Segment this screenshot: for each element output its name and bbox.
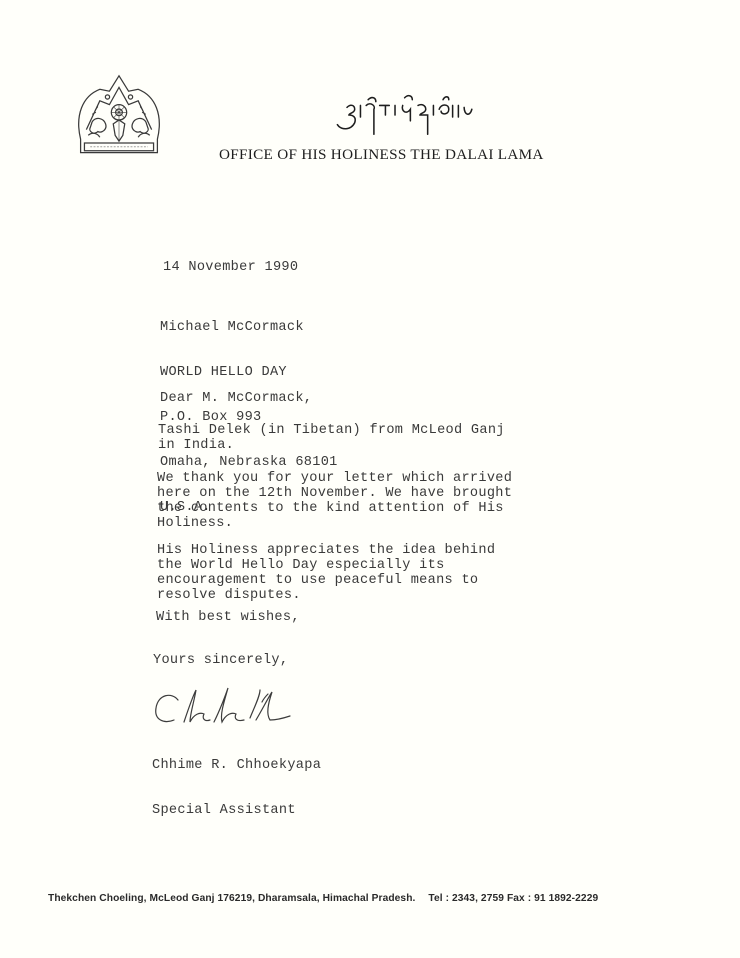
footer-fax: Fax : 91 1892-2229 [507, 893, 598, 904]
body-paragraph: We thank you for your letter which arriv… [157, 471, 512, 531]
signer-block: Chhime R. Chhoekyapa Special Assistant [152, 728, 321, 848]
signer-title: Special Assistant [152, 803, 321, 818]
signer-name: Chhime R. Chhoekyapa [152, 758, 321, 773]
seal-emblem-icon [70, 72, 168, 168]
salutation: Dear M. McCormack, [160, 391, 312, 406]
tibetan-heading-icon [335, 92, 480, 140]
body-paragraph: His Holiness appreciates the idea behind… [157, 543, 495, 603]
signature-icon [150, 684, 330, 730]
letterhead-footer: Thekchen Choeling, McLeod Ganj 176219, D… [48, 893, 598, 904]
recipient-city-state: Omaha, Nebraska 68101 [160, 455, 338, 470]
footer-phone: Tel : 2343, 2759 [428, 893, 504, 904]
footer-address: Thekchen Choeling, McLeod Ganj 176219, D… [48, 893, 415, 904]
letter-date: 14 November 1990 [163, 260, 298, 275]
letter-page: OFFICE OF HIS HOLINESS THE DALAI LAMA 14… [0, 0, 740, 958]
closing-wishes: With best wishes, [156, 610, 300, 625]
recipient-name: Michael McCormack [160, 320, 338, 335]
recipient-organization: WORLD HELLO DAY [160, 365, 338, 380]
office-title: OFFICE OF HIS HOLINESS THE DALAI LAMA [219, 146, 544, 164]
valediction: Yours sincerely, [153, 653, 288, 668]
body-paragraph: Tashi Delek (in Tibetan) from McLeod Gan… [158, 423, 505, 453]
